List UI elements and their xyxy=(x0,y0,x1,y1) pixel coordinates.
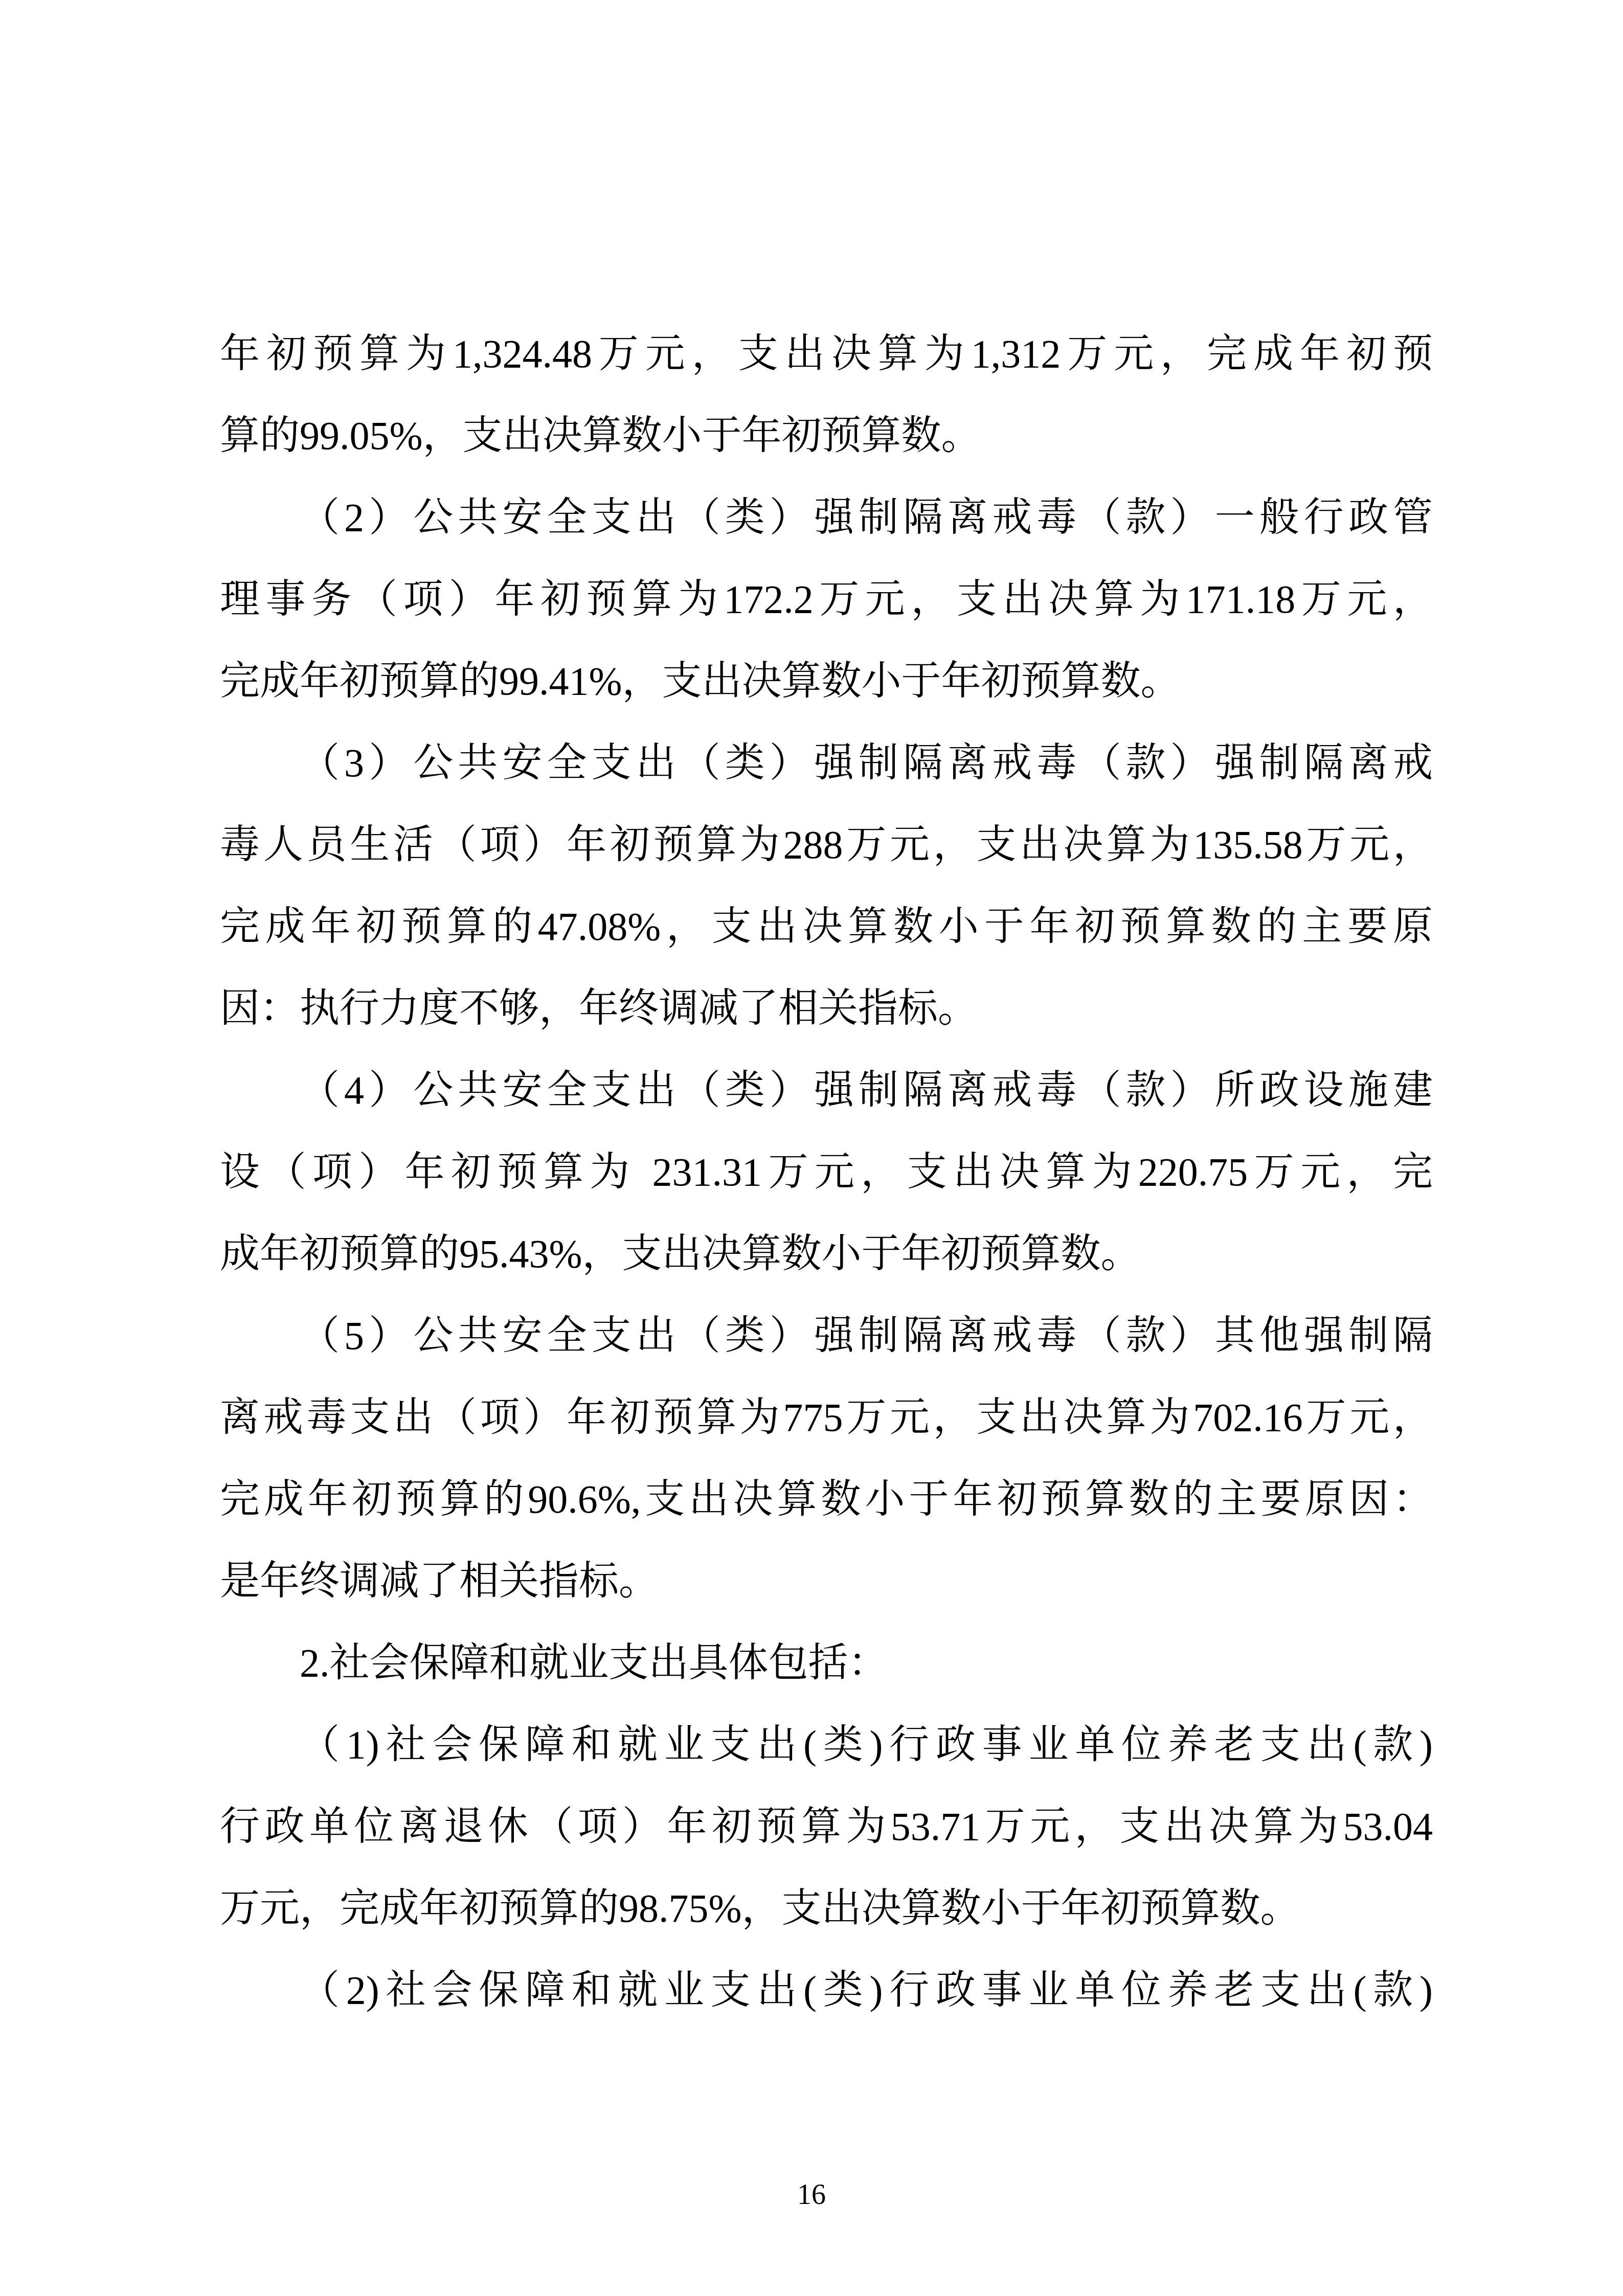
text-line: 因：执行力度不够，年终调减了相关指标。 xyxy=(220,967,1433,1049)
text-line: （2)社会保障和就业支出(类)行政事业单位养老支出(款) xyxy=(220,1949,1433,2031)
text-line: 行政单位离退休（项）年初预算为53.71万元，支出决算为53.04 xyxy=(220,1786,1433,1867)
text-line: 离戒毒支出（项）年初预算为775万元，支出决算为702.16万元， xyxy=(220,1377,1433,1458)
text-line: 年初预算为1,324.48万元，支出决算为1,312万元，完成年初预 xyxy=(220,313,1433,395)
text-line: 设（项）年初预算为 231.31万元，支出决算为220.75万元，完 xyxy=(220,1131,1433,1213)
text-line: 完成年初预算的99.41%，支出决算数小于年初预算数。 xyxy=(220,640,1433,722)
text-line: 完成年初预算的47.08%，支出决算数小于年初预算数的主要原 xyxy=(220,886,1433,967)
text-line: （3）公共安全支出（类）强制隔离戒毒（款）强制隔离戒 xyxy=(220,722,1433,804)
text-line: 算的99.05%，支出决算数小于年初预算数。 xyxy=(220,395,1433,477)
document-page: 年初预算为1,324.48万元，支出决算为1,312万元，完成年初预 算的99.… xyxy=(0,0,1623,2296)
text-line: （4）公共安全支出（类）强制隔离戒毒（款）所政设施建 xyxy=(220,1049,1433,1131)
text-line: 是年终调减了相关指标。 xyxy=(220,1540,1433,1622)
text-line: 成年初预算的95.43%，支出决算数小于年初预算数。 xyxy=(220,1213,1433,1295)
text-line: （2）公共安全支出（类）强制隔离戒毒（款）一般行政管 xyxy=(220,477,1433,558)
body-text: 年初预算为1,324.48万元，支出决算为1,312万元，完成年初预 算的99.… xyxy=(220,313,1433,2031)
text-line: 万元，完成年初预算的98.75%，支出决算数小于年初预算数。 xyxy=(220,1867,1433,1949)
text-line: （1)社会保障和就业支出(类)行政事业单位养老支出(款) xyxy=(220,1704,1433,1786)
text-line: （5）公共安全支出（类）强制隔离戒毒（款）其他强制隔 xyxy=(220,1295,1433,1377)
text-line: 完成年初预算的90.6%,支出决算数小于年初预算数的主要原因： xyxy=(220,1458,1433,1540)
text-line: 毒人员生活（项）年初预算为288万元，支出决算为135.58万元， xyxy=(220,804,1433,886)
text-line: 理事务（项）年初预算为172.2万元，支出决算为171.18万元， xyxy=(220,558,1433,640)
page-number: 16 xyxy=(0,2179,1623,2210)
text-line: 2.社会保障和就业支出具体包括： xyxy=(220,1622,1433,1704)
